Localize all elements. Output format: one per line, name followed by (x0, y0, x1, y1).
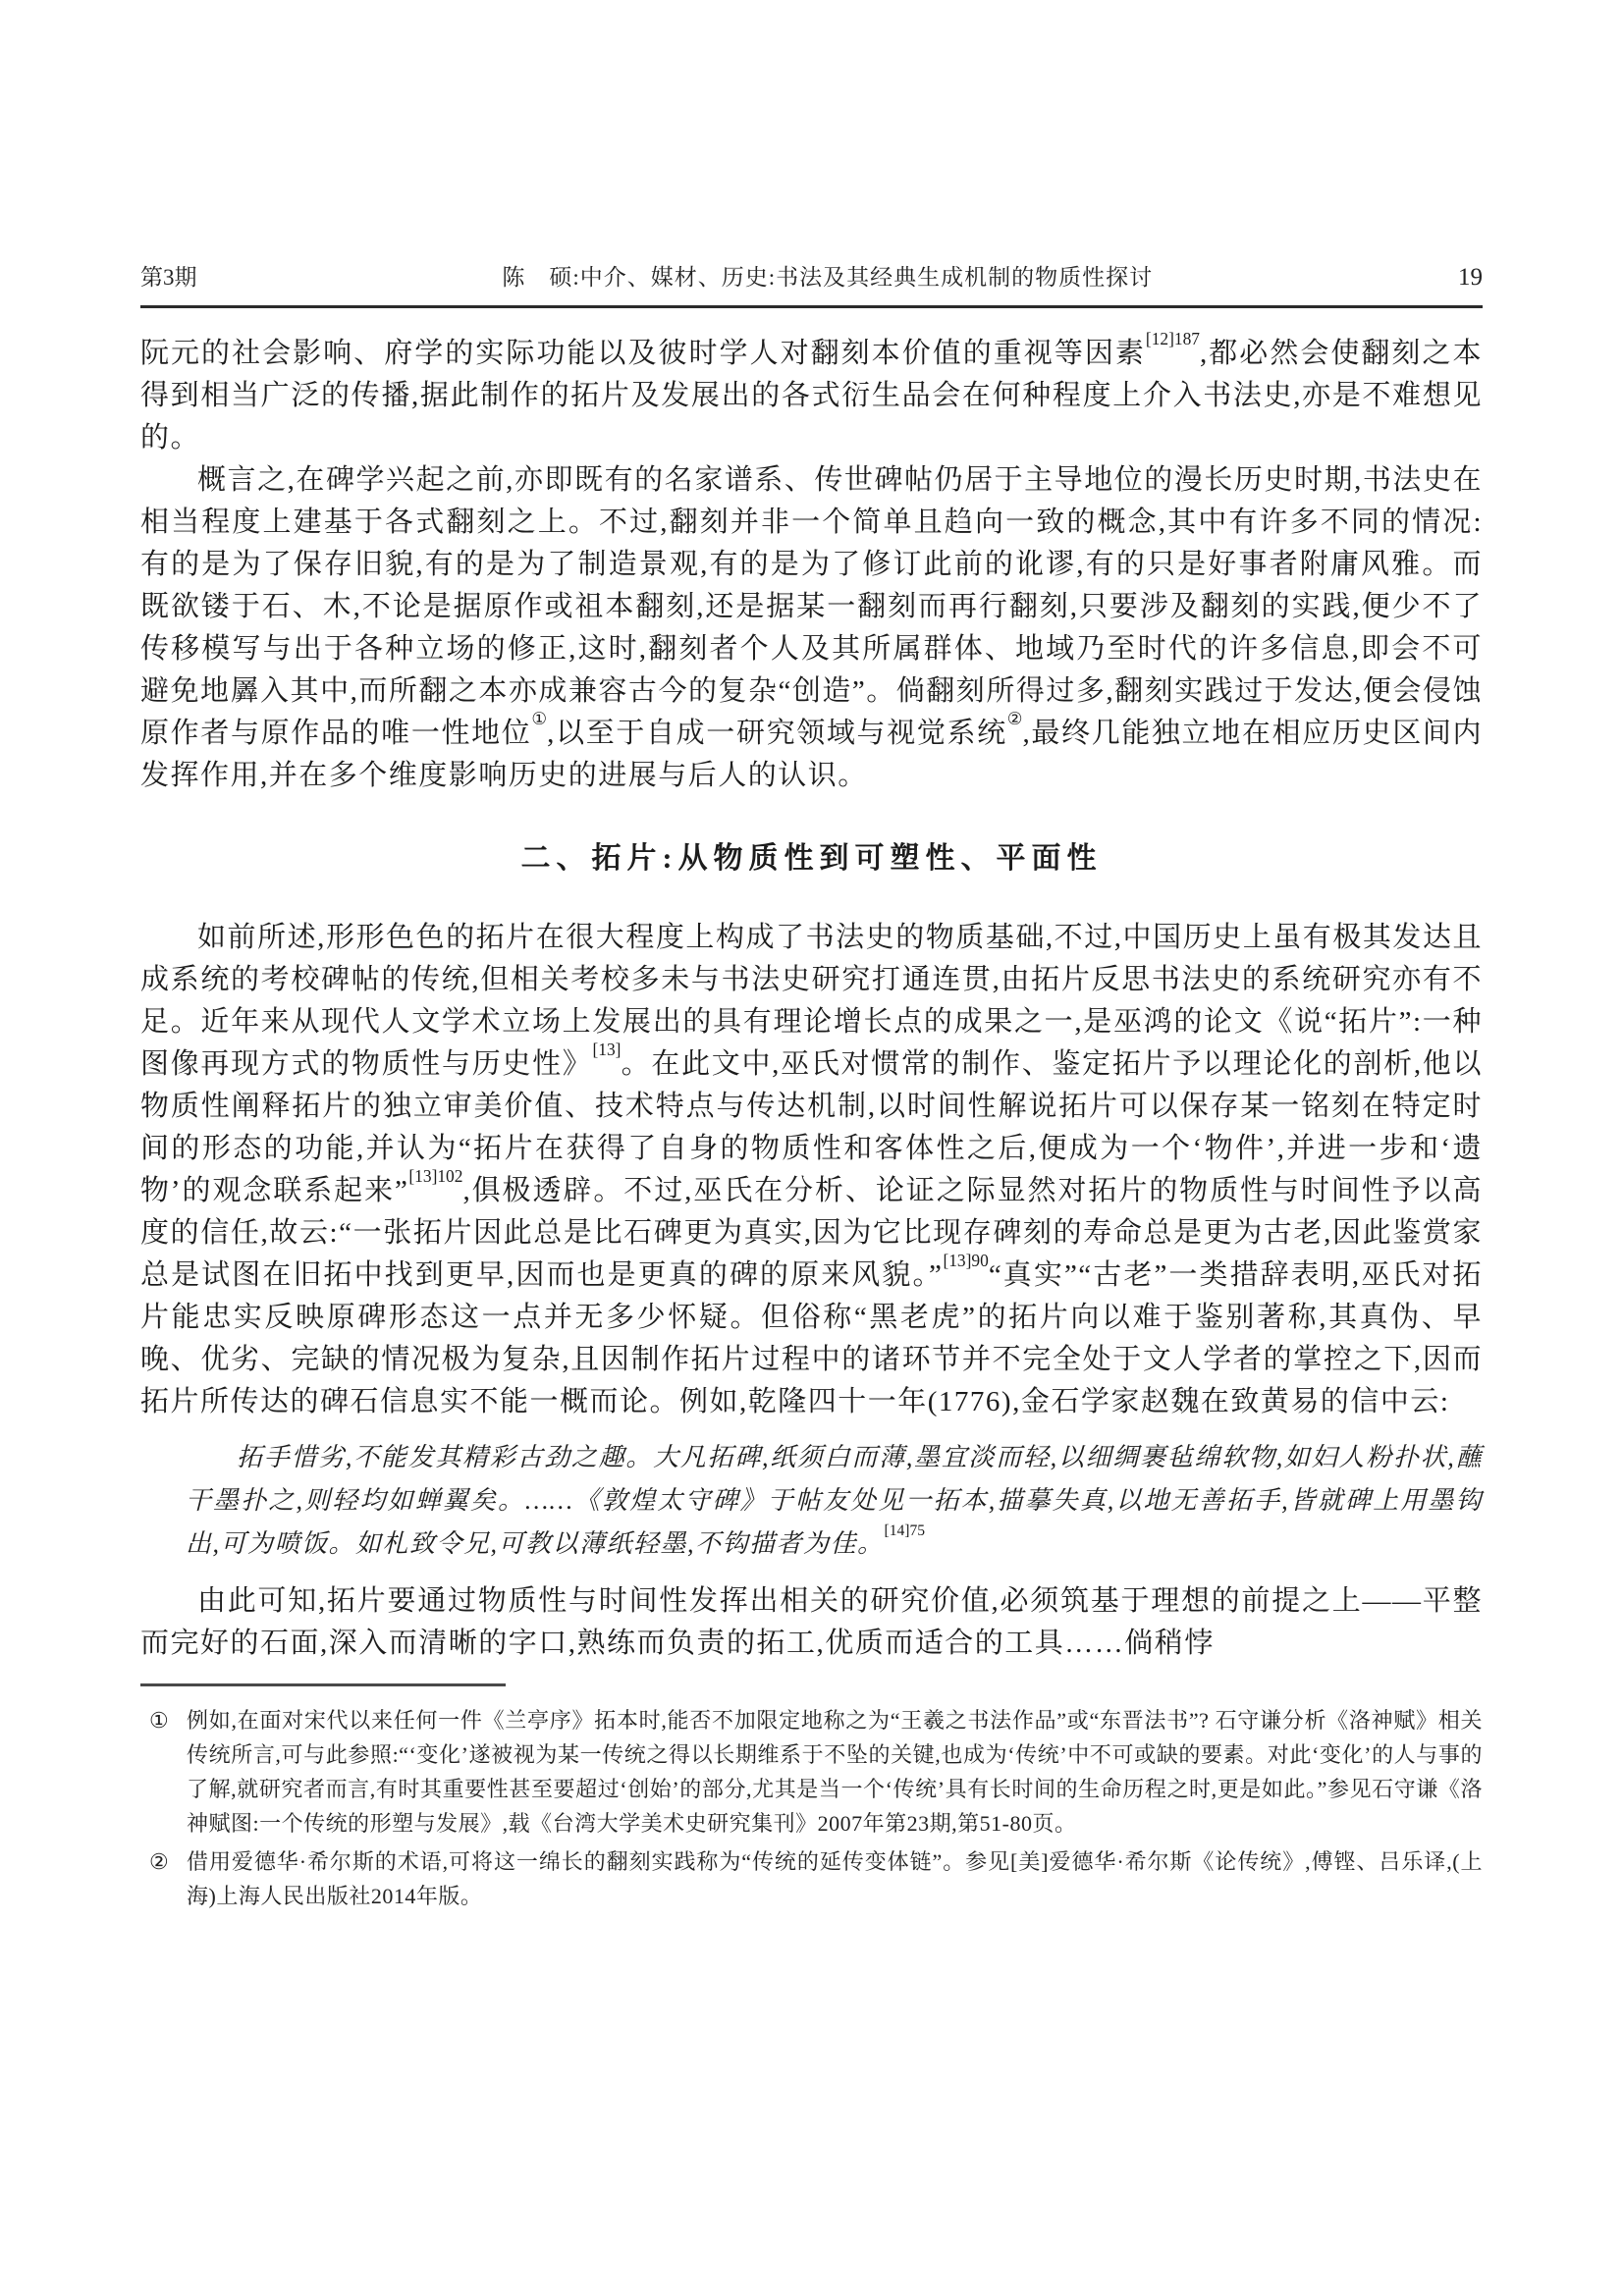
section-heading: 二、拓片:从物质性到可塑性、平面性 (140, 837, 1483, 880)
block-quote: 拓手惜劣,不能发其精彩古劲之趣。大凡拓碑,纸须白而薄,墨宜淡而轻,以细绸裹毡绵软… (186, 1436, 1483, 1566)
citation-ref: [13] (593, 1040, 622, 1059)
article-body: 阮元的社会影响、府学的实际功能以及彼时学人对翻刻本价值的重视等因素[12]187… (140, 333, 1483, 1665)
journal-issue: 第3期 (140, 263, 197, 293)
paragraph: 如前所述,形形色色的拓片在很大程度上构成了书法史的物质基础,不过,中国历史上虽有… (140, 917, 1483, 1423)
text-run: 例如,在面对宋代以来任何一件《兰亭序》拓本时,能否不加限定地称之为“王羲之书法作… (187, 1708, 1483, 1836)
citation-ref: [13]102 (408, 1166, 462, 1186)
page-number: 19 (1458, 263, 1483, 293)
header-rule (140, 305, 1483, 308)
footnotes: ①例如,在面对宋代以来任何一件《兰亭序》拓本时,能否不加限定地称之为“王羲之书法… (140, 1703, 1483, 1913)
document-page: 第3期 陈 硕:中介、媒材、历史:书法及其经典生成机制的物质性探讨 19 阮元的… (0, 0, 1623, 2296)
paragraph: 概言之,在碑学兴起之前,亦即既有的名家谱系、传世碑帖仍居于主导地位的漫长历史时期… (140, 459, 1483, 797)
paragraph: 由此可知,拓片要通过物质性与时间性发挥出相关的研究价值,必须筑基于理想的前提之上… (140, 1580, 1483, 1665)
citation-ref: ① (531, 709, 547, 728)
citation-ref: [13]90 (943, 1251, 988, 1270)
footnote-marker: ① (149, 1703, 169, 1737)
footnote-divider (140, 1683, 506, 1686)
footnote: ②借用爱德华·希尔斯的术语,可将这一绵长的翻刻实践称为“传统的延传变体链”。参见… (140, 1844, 1483, 1913)
footnote: ①例如,在面对宋代以来任何一件《兰亭序》拓本时,能否不加限定地称之为“王羲之书法… (140, 1703, 1483, 1841)
text-run: 阮元的社会影响、府学的实际功能以及彼时学人对翻刻本价值的重视等因素 (140, 338, 1146, 369)
paragraph: 阮元的社会影响、府学的实际功能以及彼时学人对翻刻本价值的重视等因素[12]187… (140, 333, 1483, 459)
citation-ref: ② (1007, 709, 1023, 728)
text-run: ,以至于自成一研究领域与视觉系统 (547, 718, 1007, 749)
text-run: 概言之,在碑学兴起之前,亦即既有的名家谱系、传世碑帖仍居于主导地位的漫长历史时期… (140, 464, 1483, 749)
text-run: 二、拓片:从物质性到可塑性、平面性 (521, 842, 1103, 875)
page-header: 第3期 陈 硕:中介、媒材、历史:书法及其经典生成机制的物质性探讨 19 (140, 263, 1483, 293)
citation-ref: [14]75 (885, 1522, 926, 1539)
running-title: 陈 硕:中介、媒材、历史:书法及其经典生成机制的物质性探讨 (197, 263, 1459, 293)
text-run: 拓手惜劣,不能发其精彩古劲之趣。大凡拓碑,纸须白而薄,墨宜淡而轻,以细绸裹毡绵软… (186, 1443, 1483, 1558)
footnote-marker: ② (149, 1844, 169, 1879)
text-run: 由此可知,拓片要通过物质性与时间性发挥出相关的研究价值,必须筑基于理想的前提之上… (140, 1585, 1483, 1659)
text-run: 借用爱德华·希尔斯的术语,可将这一绵长的翻刻实践称为“传统的延传变体链”。参见[… (187, 1849, 1483, 1908)
citation-ref: [12]187 (1146, 329, 1200, 348)
